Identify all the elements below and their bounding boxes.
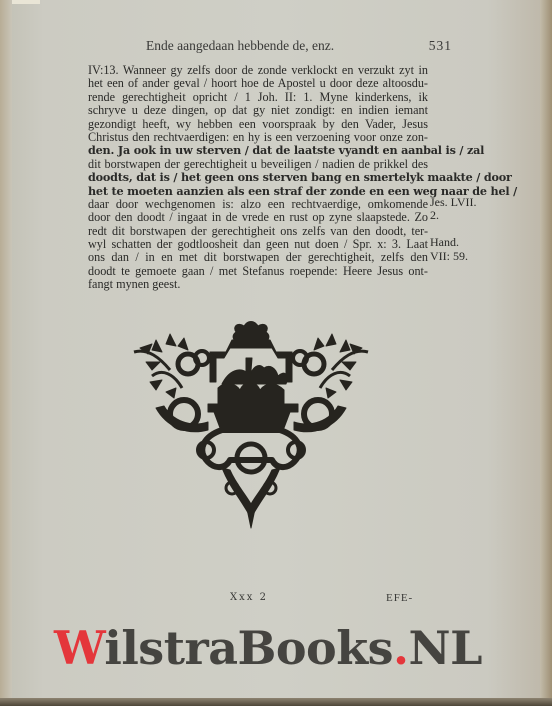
running-head-title: Ende aangedaan hebbende de, enz. [146,38,334,54]
margin-notes: Jes. LVII. 2. Hand. VII: 59. [430,196,510,263]
watermark-middle: ilstraBooks [104,621,393,675]
margin-note: Hand. [430,236,510,249]
text-line: gezondigt heeft, wy hebben een voorspraa… [88,118,428,131]
text-line: schryve u deze dingen, op dat gy niet zo… [88,104,428,117]
watermark-suffix: NL [409,621,482,675]
text-line: doodts, dat is / het geen ons sterven ba… [88,171,428,184]
page-corner-tab [12,0,40,4]
page-edge-right [540,0,552,706]
margin-note: Jes. LVII. [430,196,510,209]
margin-note: 2. [430,209,510,222]
text-line: doodt te gemoete gaan / met Stefanus roe… [88,265,428,278]
text-line: fangt mynen geest. [88,278,428,291]
catchword: EFE- [386,592,413,604]
page-edge-left [0,0,12,706]
text-line: IV:13. Wanneer gy zelfs door de zonde ve… [88,64,428,77]
text-line: rende gerechtigheit opricht / 1 Joh. II:… [88,91,428,104]
text-line: door den doodt / ingaat in de vrede en r… [88,211,428,224]
watermark-dot: . [393,621,409,675]
text-line: wyl schatten der godtloosheit dan geen n… [88,238,428,251]
watermark-first-letter: W [54,621,104,675]
body-text: IV:13. Wanneer gy zelfs door de zonde ve… [88,64,428,292]
watermark-logo: WilstraBooks.NL [54,622,482,674]
text-line: daar door wechgenomen is: alzo een recht… [88,198,428,211]
text-line: ons dan / in en met dit borstwapen der g… [88,251,428,264]
text-line: het een of ander geval / hoort hoe de Ap… [88,77,428,90]
text-line: dit borstwapen der gerechtigheit u bevei… [88,158,428,171]
text-line: het te moeten aanzien als een straf der … [88,185,428,198]
signature-mark: Xxx 2 [230,592,268,603]
page-bottom-shadow [0,698,552,706]
text-line: Christus den rechtvaerdigen: en hy is ee… [88,131,428,144]
margin-note [430,223,510,236]
margin-note: VII: 59. [430,250,510,263]
woodcut-ornament-icon [126,318,376,530]
text-line: redt dit borstwapen der gerechtigheit on… [88,225,428,238]
text-line: den. Ja ook in uw sterven / dat de laats… [88,144,428,157]
page-number: 531 [429,38,452,54]
running-head: Ende aangedaan hebbende de, enz. 531 [80,38,460,56]
